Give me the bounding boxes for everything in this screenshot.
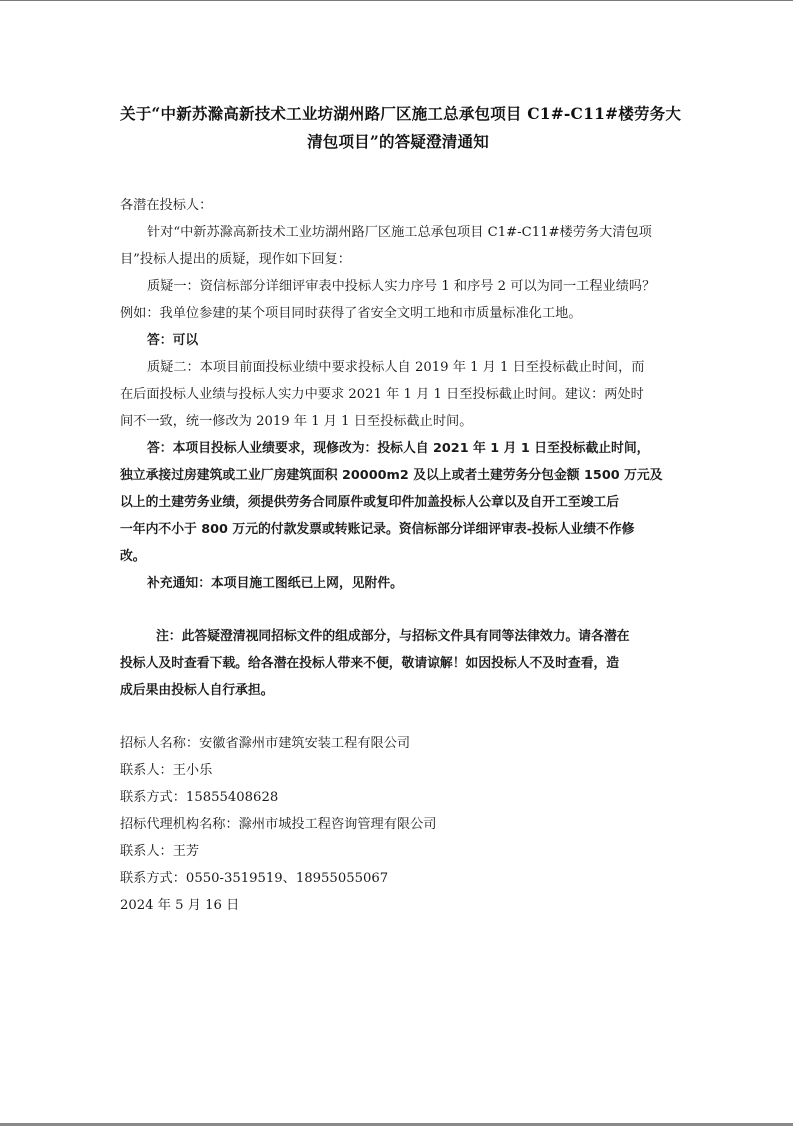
answer-1-paragraph: 答：可以 [120, 327, 676, 354]
addressee-block: 各潜在投标人： [120, 192, 676, 219]
agency-name: 招标代理机构名称：滁州市城投工程咨询管理有限公司 [120, 811, 676, 838]
answer-2-line-1: 答：本项目投标人业绩要求，现修改为：投标人自 2021 年 1 月 1 日至投标… [120, 435, 676, 462]
answer-1: 答：可以 [120, 327, 676, 354]
answer-2-line-3: 以上的土建劳务业绩，须提供劳务合同原件或复印件加盖投标人公章以及自开工至竣工后 [120, 489, 676, 516]
tenderer-contact: 联系人：王小乐 [120, 757, 676, 784]
document-date: 2024 年 5 月 16 日 [120, 892, 676, 919]
question-2-line-3: 间不一致，统一修改为 2019 年 1 月 1 日至投标截止时间。 [120, 408, 676, 435]
question-2-paragraph: 质疑二：本项目前面投标业绩中要求投标人自 2019 年 1 月 1 日至投标截止… [120, 354, 676, 435]
supplement-paragraph: 补充通知：本项目施工图纸已上网，见附件。 [120, 570, 676, 597]
question-1-line-2: 例如：我单位参建的某个项目同时获得了省安全文明工地和市质量标准化工地。 [120, 300, 676, 327]
agency-phone: 联系方式：0550-3519519、18955055067 [120, 865, 676, 892]
tenderer-name: 招标人名称：安徽省滁州市建筑安装工程有限公司 [120, 730, 676, 757]
title-line-1: 关于“中新苏滁高新技术工业坊湖州路厂区施工总承包项目 C1#-C11#楼劳务大 [120, 100, 676, 128]
note-line-1: 注：此答疑澄清视同招标文件的组成部分，与招标文件具有同等法律效力。请各潜在 [120, 623, 676, 650]
answer-2-line-4: 一年内不小于 800 万元的付款发票或转账记录。资信标部分详细评审表-投标人业绩… [120, 516, 676, 543]
contact-footer: 招标人名称：安徽省滁州市建筑安装工程有限公司 联系人：王小乐 联系方式：1585… [120, 730, 676, 919]
agency-contact: 联系人：王芳 [120, 838, 676, 865]
intro-line-2: 目”投标人提出的质疑，现作如下回复： [120, 246, 676, 273]
supplement-notice: 补充通知：本项目施工图纸已上网，见附件。 [120, 570, 676, 597]
answer-2-paragraph: 答：本项目投标人业绩要求，现修改为：投标人自 2021 年 1 月 1 日至投标… [120, 435, 676, 570]
title-line-2: 清包项目”的答疑澄清通知 [120, 128, 676, 156]
question-2-line-1: 质疑二：本项目前面投标业绩中要求投标人自 2019 年 1 月 1 日至投标截止… [120, 354, 676, 381]
question-1-line-1: 质疑一：资信标部分详细评审表中投标人实力序号 1 和序号 2 可以为同一工程业绩… [120, 273, 676, 300]
document-page: 关于“中新苏滁高新技术工业坊湖州路厂区施工总承包项目 C1#-C11#楼劳务大 … [120, 100, 676, 919]
question-2-line-2: 在后面投标人业绩与投标人实力中要求 2021 年 1 月 1 日至投标截止时间。… [120, 381, 676, 408]
answer-2-line-2: 独立承接过房建筑或工业厂房建筑面积 20000m2 及以上或者土建劳务分包金额 … [120, 462, 676, 489]
intro-line-1: 针对“中新苏滁高新技术工业坊湖州路厂区施工总承包项目 C1#-C11#楼劳务大清… [120, 219, 676, 246]
question-1-paragraph: 质疑一：资信标部分详细评审表中投标人实力序号 1 和序号 2 可以为同一工程业绩… [120, 273, 676, 327]
note-line-2: 投标人及时查看下载。给各潜在投标人带来不便，敬请谅解！如因投标人不及时查看，造 [120, 650, 676, 677]
note-line-3: 成后果由投标人自行承担。 [120, 677, 676, 704]
addressee: 各潜在投标人： [120, 192, 676, 219]
page-top-border [0, 0, 793, 1]
answer-2-line-5: 改。 [120, 543, 676, 570]
tenderer-phone: 联系方式：15855408628 [120, 784, 676, 811]
intro-paragraph: 针对“中新苏滁高新技术工业坊湖州路厂区施工总承包项目 C1#-C11#楼劳务大清… [120, 219, 676, 273]
note-paragraph: 注：此答疑澄清视同招标文件的组成部分，与招标文件具有同等法律效力。请各潜在 投标… [120, 623, 676, 704]
document-title: 关于“中新苏滁高新技术工业坊湖州路厂区施工总承包项目 C1#-C11#楼劳务大 … [120, 100, 676, 156]
